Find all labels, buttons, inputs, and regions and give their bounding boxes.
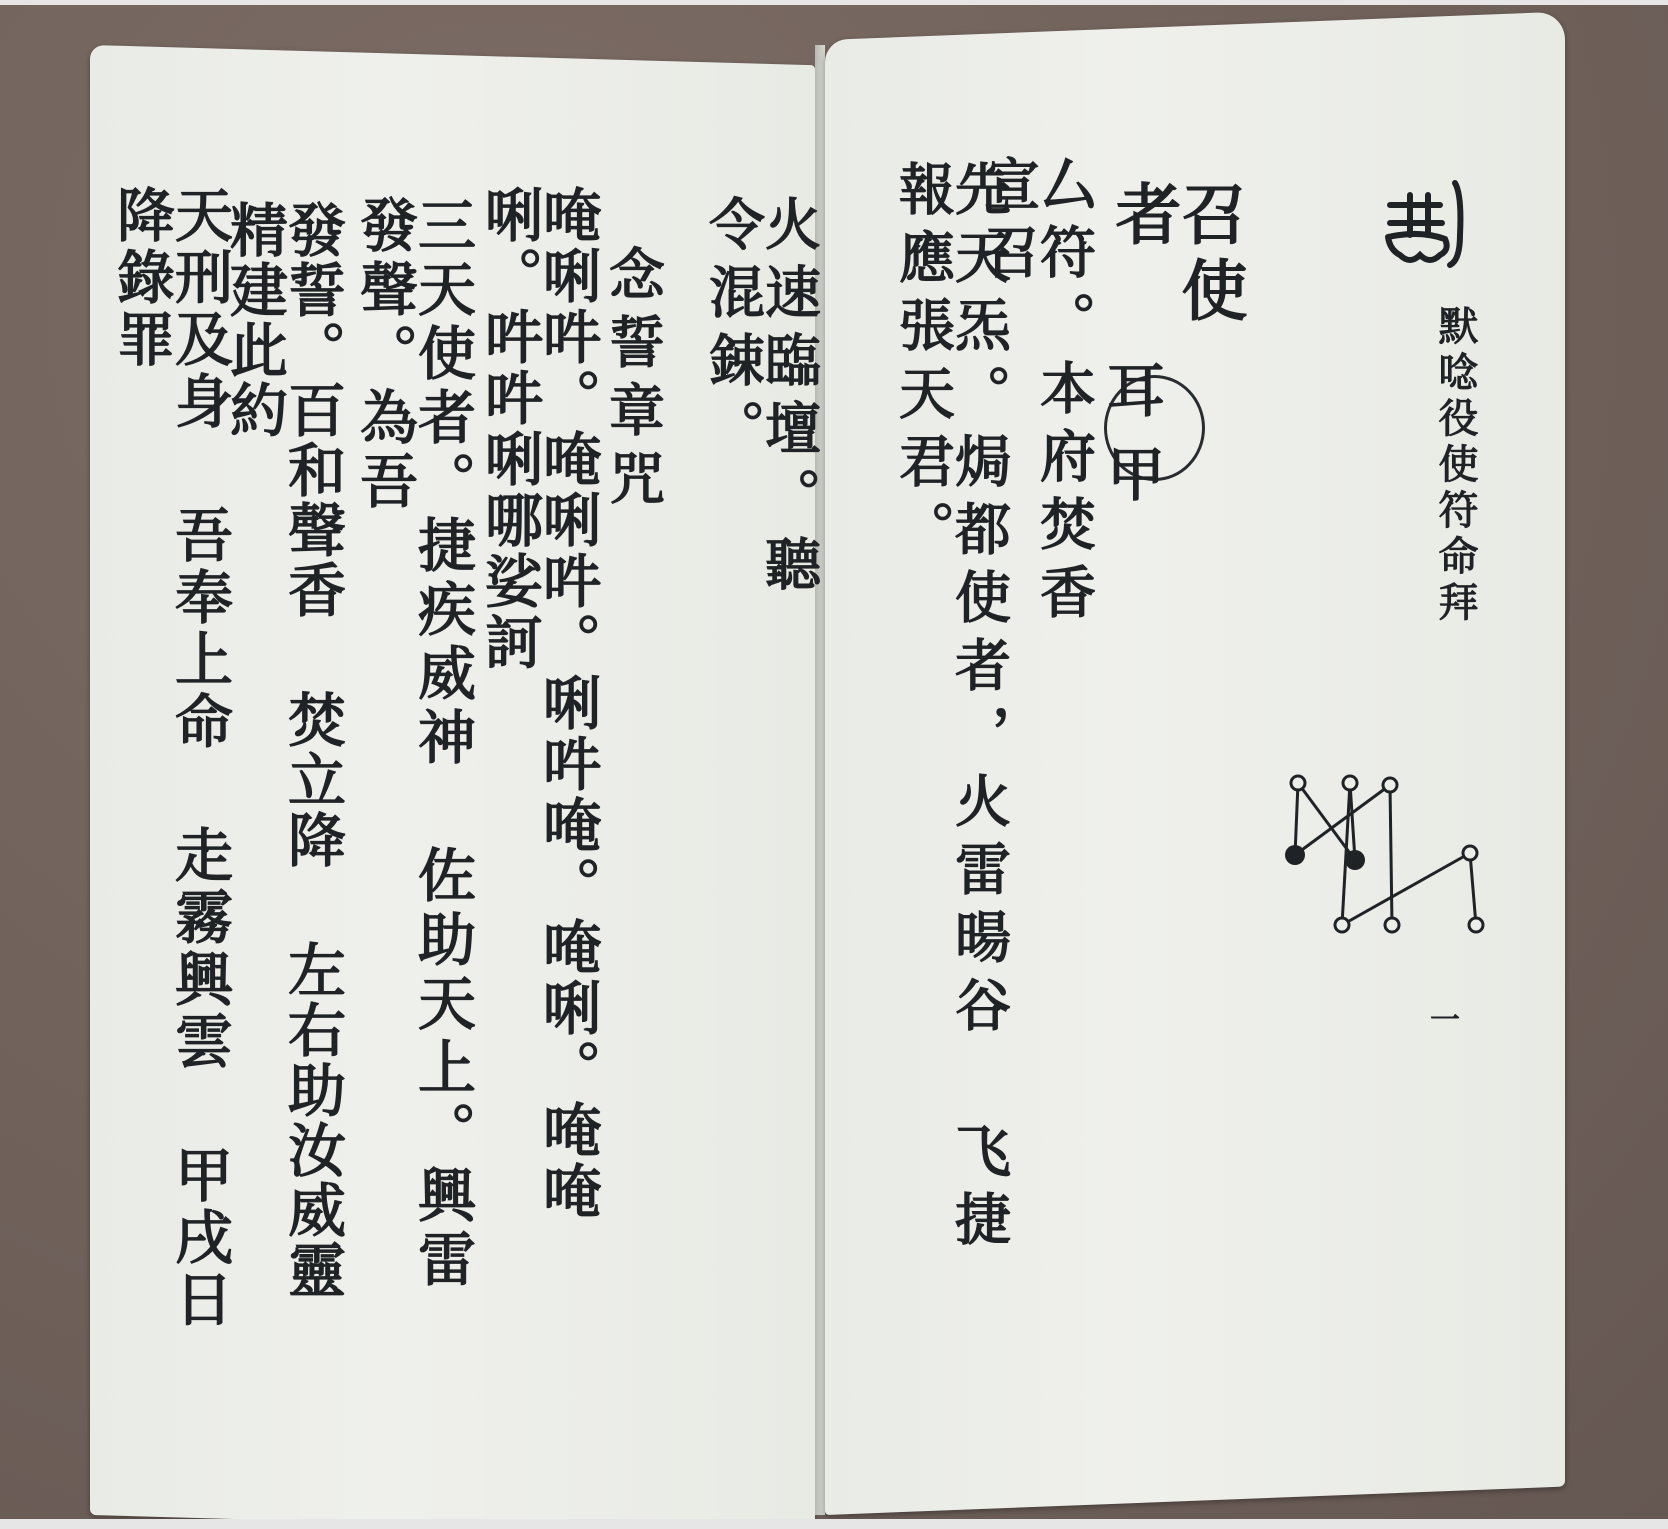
manuscript-photo: 默唸役使符命拜 召使者 耳甲 厶符。本府焚香宣召 先天炁。焗都使者，火雷暘谷 飞…: [0, 5, 1668, 1519]
left-col-5: 發誓。百和聲香 焚立降 左右助汝威靈 精建此約: [225, 200, 341, 1330]
left-col-3-mantra: 唵唎吽。唵唎吽。唎吽唵。唵唎。唵唵唎。吽吽唎哪娑訶: [480, 185, 596, 1335]
right-col-1: 默唸役使符命拜: [1435, 305, 1475, 665]
left-col-6: 天刑及身 吾奉上命 走霧興雲 甲戌日降錄罪: [112, 185, 228, 1335]
left-col-1: 火速臨壇。聽令混鋉。: [705, 195, 817, 655]
left-col-4: 三天使者。捷疾威神 佐助天上。興雷發聲。為吾: [355, 195, 471, 1305]
left-col-2: 念誓章咒: [605, 245, 661, 525]
talisman-glyph-icon: [1380, 175, 1470, 285]
step-star-diagram-icon: [1280, 765, 1520, 1005]
page-number: 一: [1430, 995, 1460, 1039]
circled-seal-char: 耳甲: [1104, 375, 1205, 481]
right-col-4: 先天炁。焗都使者，火雷暘谷 飞捷報應張天君。: [895, 160, 1007, 1280]
